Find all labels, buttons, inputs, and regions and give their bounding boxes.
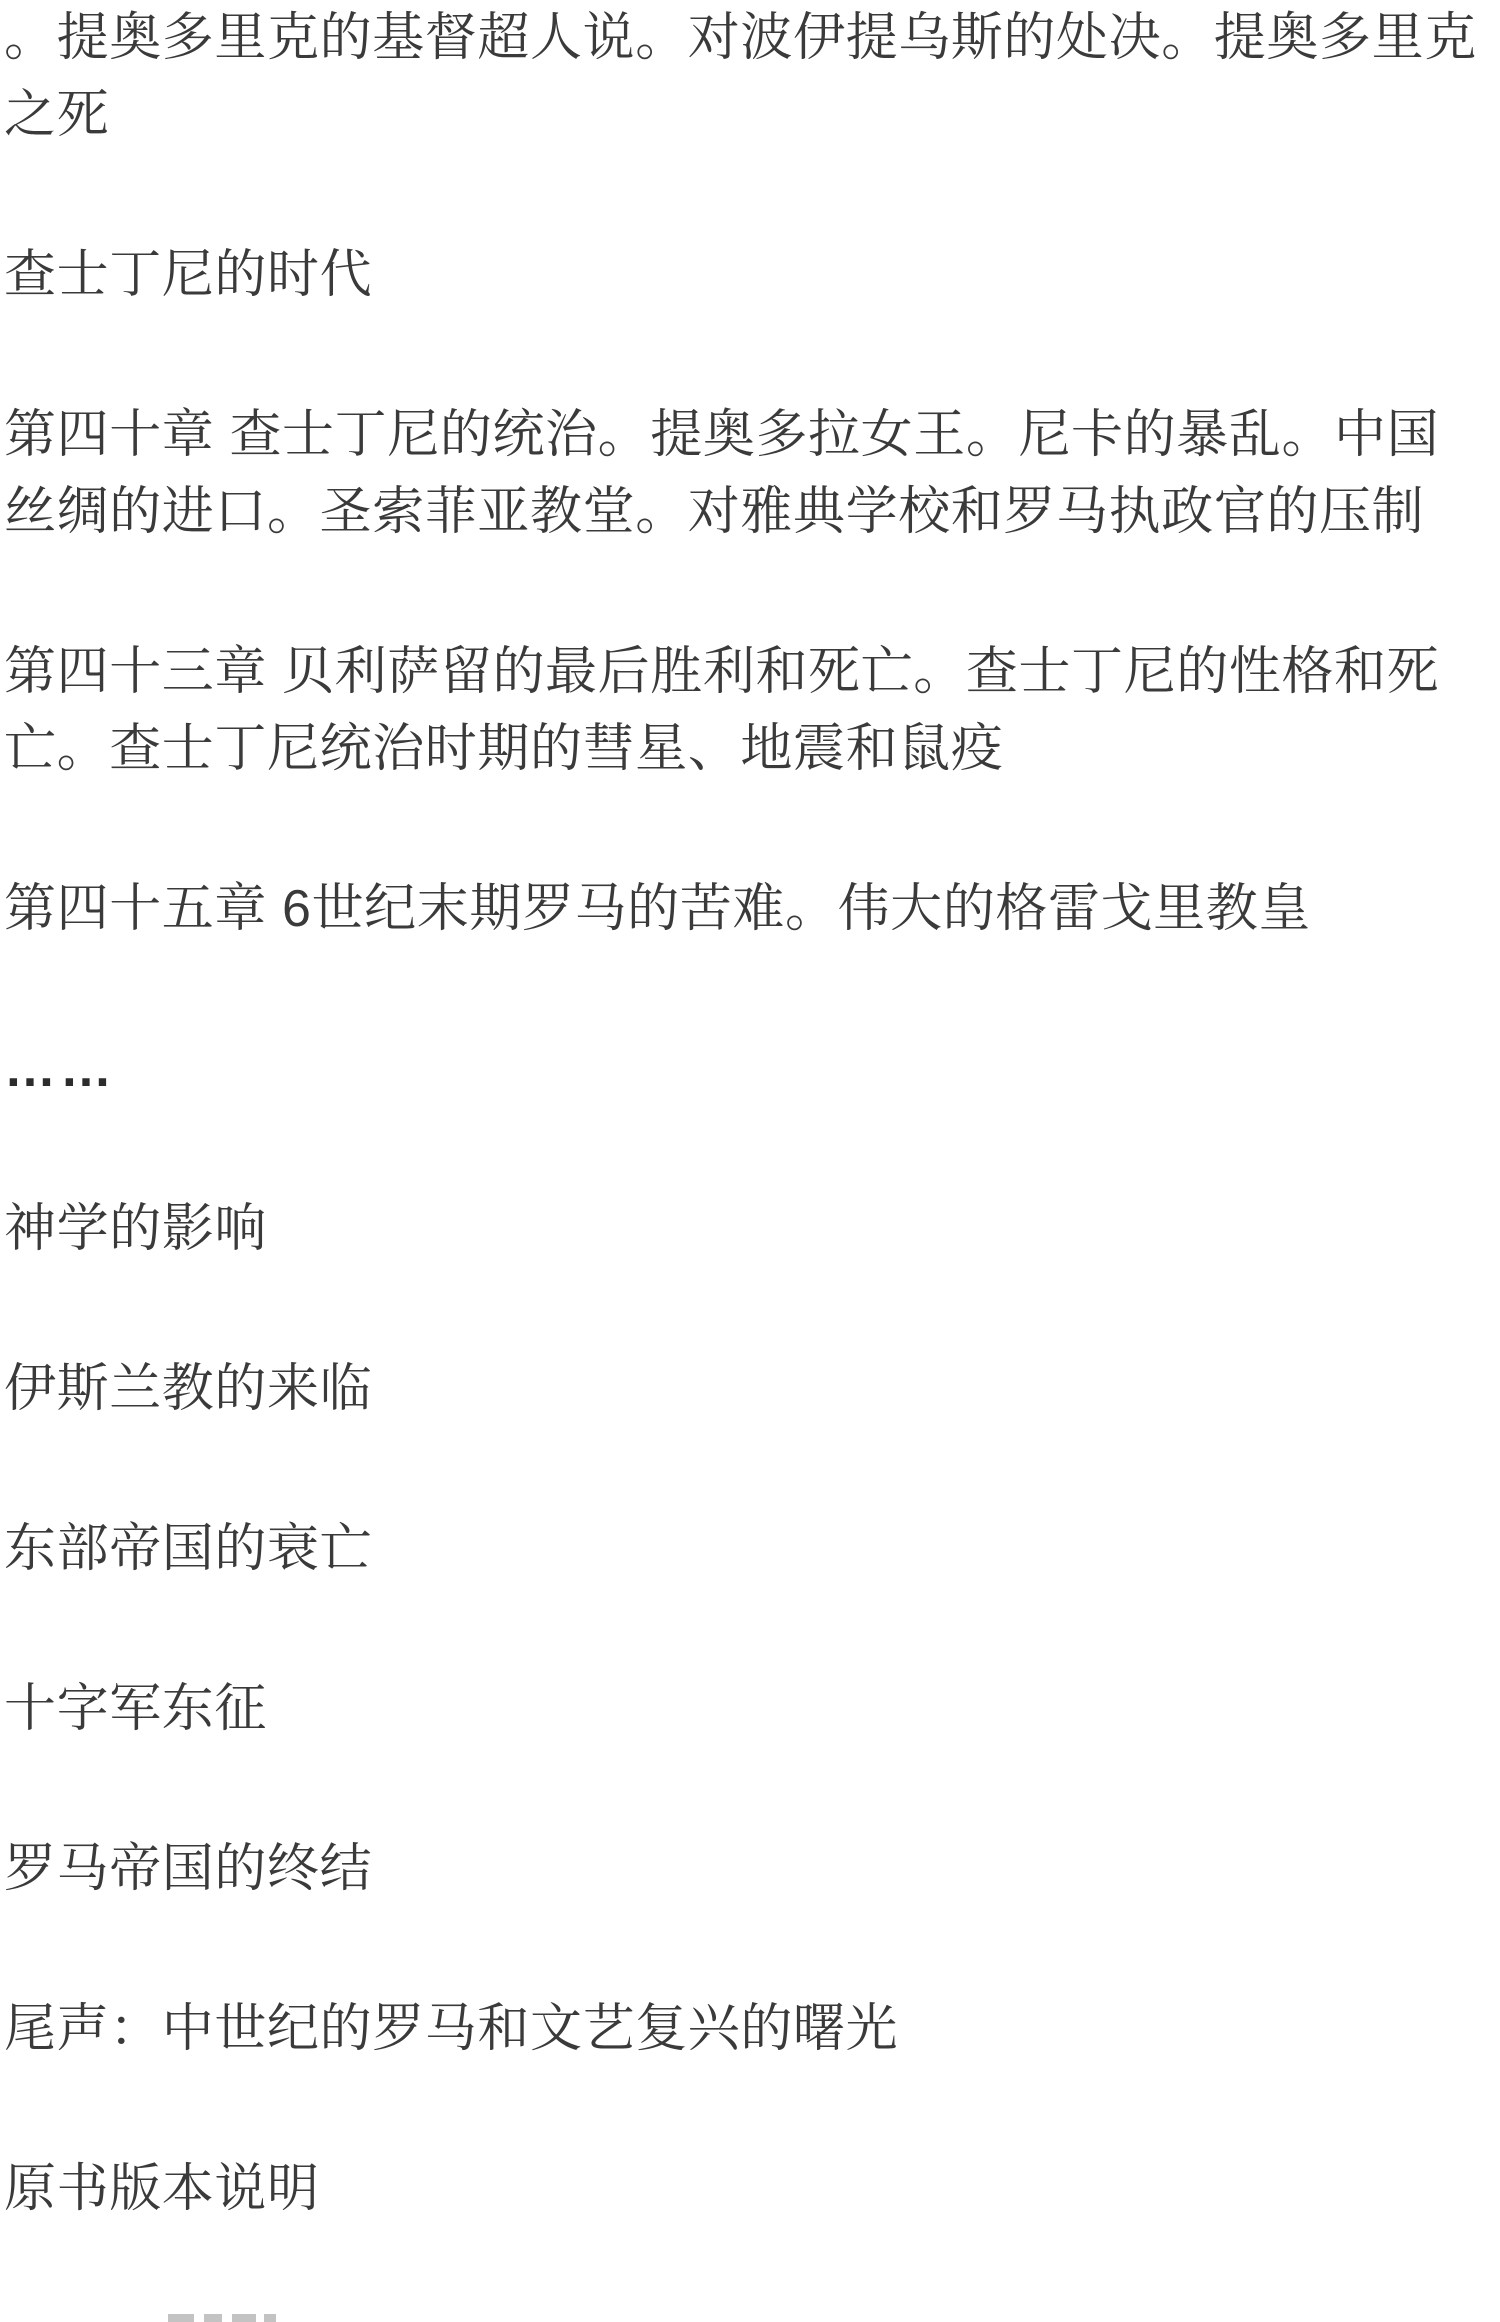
toc-paragraph: 。提奥多里克的基督超人说。对波伊提乌斯的处决。提奥多里克之死 — [4, 0, 1486, 154]
toc-paragraph: 查士丁尼的时代 — [4, 237, 1486, 314]
toc-paragraph: 尾声：中世纪的罗马和文艺复兴的曙光 — [4, 1991, 1486, 2068]
cut-off-glyph-fragment — [168, 2314, 194, 2322]
toc-ellipsis-line: …… — [4, 1031, 1486, 1108]
toc-page: 。提奥多里克的基督超人说。对波伊提乌斯的处决。提奥多里克之死查士丁尼的时代第四十… — [0, 0, 1500, 2228]
toc-paragraph: 第四十三章 贝利萨留的最后胜利和死亡。查士丁尼的性格和死亡。查士丁尼统治时期的彗… — [4, 634, 1486, 788]
cut-off-glyph-fragment — [204, 2314, 222, 2322]
toc-paragraph: 第四十五章 6世纪末期罗马的苦难。伟大的格雷戈里教皇 — [4, 871, 1486, 948]
toc-paragraph: 东部帝国的衰亡 — [4, 1511, 1486, 1588]
toc-paragraph-list: 。提奥多里克的基督超人说。对波伊提乌斯的处决。提奥多里克之死查士丁尼的时代第四十… — [4, 0, 1486, 2228]
toc-paragraph: 罗马帝国的终结 — [4, 1831, 1486, 1908]
toc-paragraph: 第四十章 查士丁尼的统治。提奥多拉女王。尼卡的暴乱。中国丝绸的进口。圣索菲亚教堂… — [4, 397, 1486, 551]
toc-paragraph: 原书版本说明 — [4, 2151, 1486, 2228]
toc-paragraph: 伊斯兰教的来临 — [4, 1351, 1486, 1428]
toc-paragraph: 神学的影响 — [4, 1191, 1486, 1268]
cut-off-glyph-fragment — [264, 2314, 276, 2322]
cut-off-text-line — [0, 2314, 1500, 2322]
toc-paragraph: 十字军东征 — [4, 1671, 1486, 1748]
cut-off-glyph-fragment — [232, 2314, 256, 2322]
